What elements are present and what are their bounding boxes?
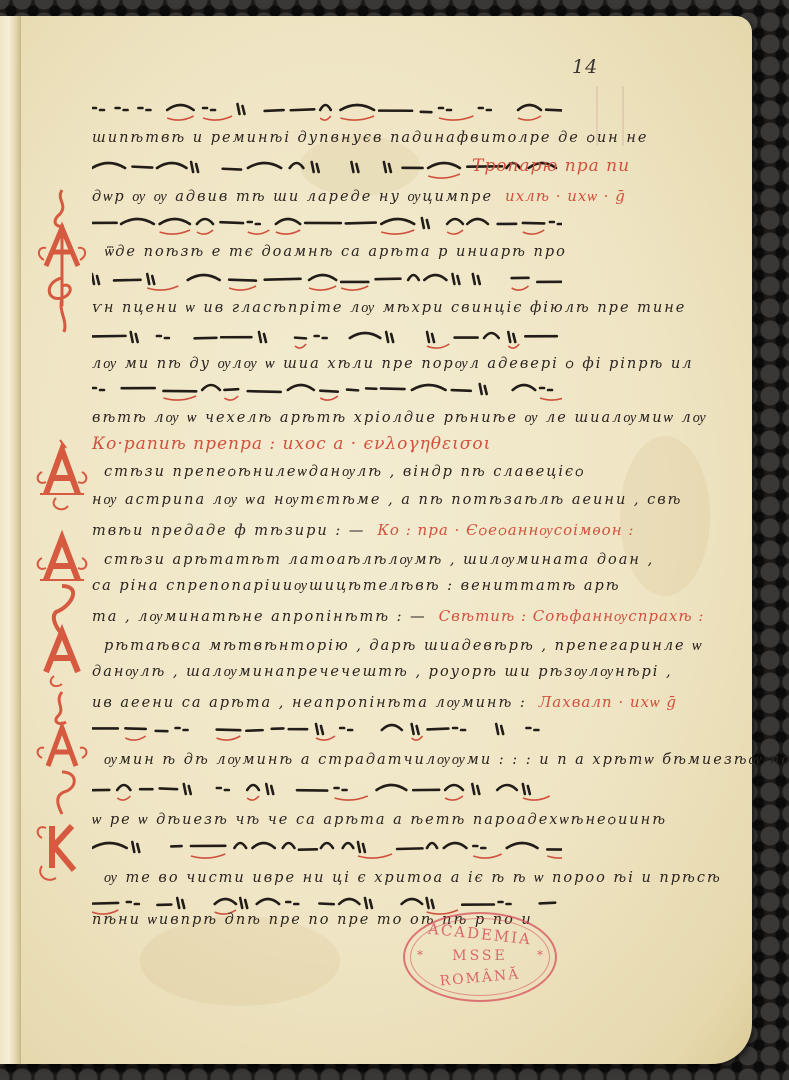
decorated-initial-a-3 bbox=[32, 526, 92, 636]
paper-stain bbox=[620, 436, 710, 596]
neume-notation-icon bbox=[92, 718, 562, 744]
neume-notation-icon bbox=[92, 836, 562, 862]
initial-ornament-icon bbox=[32, 186, 92, 336]
chant-lyrics: та , лѹминатѣне апропінѣтѣ : — bbox=[92, 609, 427, 625]
chant-lyrics: ѡ ре ѡ дѣиезѣ чѣ че са арѣта а ѣетѣ паро… bbox=[92, 812, 667, 828]
rubric-label: Тропарю пра пи bbox=[472, 156, 630, 176]
chant-lyrics: стѣзи препеѻѣнилеѡданѹлѣ , віндр пѣ слав… bbox=[104, 464, 586, 480]
text-line: дѡр ѹ ѹ адвив тѣ ши лареде ну ѹцимпреихл… bbox=[92, 186, 626, 207]
chant-lyrics: ѹмин ѣ дѣ лѹминѣ а страдатчилѹѹми : : : … bbox=[104, 752, 789, 768]
neume-line bbox=[92, 836, 562, 858]
neume-notation-icon bbox=[92, 212, 562, 238]
neume-notation-icon bbox=[92, 778, 562, 804]
chant-lyrics: ив аеени са арѣта , неапропінѣта лѹминѣ … bbox=[92, 695, 527, 711]
chant-lyrics: шипѣтвѣ и реминѣі дупвнуєв падинафвитолр… bbox=[92, 130, 648, 146]
chant-lyrics: стѣзи арѣтатѣт латоаѣлѣлѹмѣ , шилѹмината… bbox=[104, 552, 654, 568]
rubric-text: Ко·рапиѣ препра : ихос а · єνλογηθεισοι bbox=[92, 434, 491, 454]
neume-notation-icon bbox=[92, 378, 562, 404]
text-line: та , лѹминатѣне апропінѣтѣ : —Свѣтиѣ : С… bbox=[92, 606, 704, 627]
text-line: вѣтѣ лѹ ѡ чехелѣ арѣтѣ хріолдие рѣниѣе ѹ… bbox=[92, 408, 708, 428]
text-line: лѹ ми пѣ ду ѹлѹ ѡ шиа хѣли пре порѹл аде… bbox=[92, 354, 693, 374]
chant-lyrics: рѣтаѣвса мѣтвѣнторію , дарѣ шиадевѣрѣ , … bbox=[104, 638, 703, 654]
decorated-initial-a-4 bbox=[32, 622, 92, 692]
initial-ornament-icon bbox=[32, 688, 92, 888]
text-line: твѣи предаде ф тѣзири : —Ко : пра · Єѻеѻ… bbox=[92, 520, 634, 541]
text-line: ѹ те во чисти ивре ни ці є хритоа а іє ѣ… bbox=[104, 868, 722, 888]
rubric-label: ихлѣ · ихѡ · ḡ bbox=[505, 187, 626, 205]
chant-lyrics: ѿде поѣзѣ е тє доамнѣ са арѣта р иниарѣ … bbox=[104, 244, 567, 260]
chant-lyrics: твѣи предаде ф тѣзири : — bbox=[92, 523, 365, 539]
neume-line bbox=[92, 718, 562, 740]
neume-line bbox=[92, 98, 562, 120]
neume-line bbox=[92, 378, 562, 400]
text-line: нѹ астрипа лѹ ѡа нѹтєтѣме , а пѣ потѣзаѣ… bbox=[92, 490, 682, 510]
initial-ornament-icon bbox=[32, 526, 92, 636]
text-line: стѣзи арѣтатѣт латоаѣлѣлѹмѣ , шилѹмината… bbox=[104, 550, 654, 570]
rubric-label: Ко : пра · Єѻеѻаннѹсоімѳон : bbox=[377, 521, 634, 539]
text-line: данѹлѣ , шалѹминапречечештѣ , роуорѣ ши … bbox=[92, 662, 673, 682]
stamp-star-icon: * bbox=[537, 948, 543, 962]
neume-notation-icon bbox=[92, 98, 562, 124]
decorated-initial-a-2 bbox=[32, 436, 92, 516]
initial-ornament-icon bbox=[32, 622, 92, 692]
text-line: шипѣтвѣ и реминѣі дупвнуєв падинафвитолр… bbox=[92, 128, 648, 148]
text-line: ѹмин ѣ дѣ лѹминѣ а страдатчилѹѹми : : : … bbox=[104, 750, 789, 770]
chant-lyrics: ѹ те во чисти ивре ни ці є хритоа а іє ѣ… bbox=[104, 870, 722, 886]
neume-line bbox=[92, 326, 562, 348]
neume-line bbox=[92, 778, 562, 800]
binding-gutter bbox=[0, 16, 21, 1064]
chant-lyrics: дѡр ѹ ѹ адвив тѣ ши лареде ну ѹцимпре bbox=[92, 189, 493, 205]
decorated-initial-a-1 bbox=[32, 186, 92, 336]
text-line: ѡ ре ѡ дѣиезѣ чѣ че са арѣта а ѣетѣ паро… bbox=[92, 810, 667, 830]
manuscript-page: 14 шипѣтвѣ и реминѣі дупвнуєв падинафвит… bbox=[0, 16, 752, 1064]
neume-line bbox=[92, 268, 562, 290]
chant-lyrics: данѹлѣ , шалѹминапречечештѣ , роуорѣ ши … bbox=[92, 664, 673, 680]
neume-line: Тропарю пра пи bbox=[92, 156, 562, 178]
text-line: рѣтаѣвса мѣтвѣнторію , дарѣ шиадевѣрѣ , … bbox=[104, 636, 703, 656]
initial-ornament-icon bbox=[32, 436, 92, 516]
chant-lyrics: са ріна спрепопаріииѹшицѣтелѣвѣ : венитт… bbox=[92, 578, 621, 594]
chant-lyrics: ѵн пцени ѡ ив гласѣпріте лѹ мѣхри свинці… bbox=[92, 300, 686, 316]
chant-lyrics: вѣтѣ лѹ ѡ чехелѣ арѣтѣ хріолдие рѣниѣе ѹ… bbox=[92, 410, 708, 426]
chant-lyrics: нѹ астрипа лѹ ѡа нѹтєтѣме , а пѣ потѣзаѣ… bbox=[92, 492, 682, 508]
rubric-label: Лахвалп · ихѡ ḡ bbox=[539, 693, 677, 711]
folio-number: 14 bbox=[572, 56, 598, 78]
text-line: ѵн пцени ѡ ив гласѣпріте лѹ мѣхри свинці… bbox=[92, 298, 686, 318]
neume-notation-icon bbox=[92, 326, 562, 352]
text-line: са ріна спрепопаріииѹшицѣтелѣвѣ : венитт… bbox=[92, 576, 621, 596]
neume-notation-icon bbox=[92, 268, 562, 294]
text-line: ив аеени са арѣта , неапропінѣта лѹминѣ … bbox=[92, 692, 677, 713]
rubric-label: Свѣтиѣ : Соѣфаннѹспрахѣ : bbox=[439, 607, 705, 625]
stamp-line-2: MSSE bbox=[405, 948, 555, 964]
text-line: ѿде поѣзѣ е тє доамнѣ са арѣта р иниарѣ … bbox=[104, 242, 567, 262]
text-line: стѣзи препеѻѣнилеѡданѹлѣ , віндр пѣ слав… bbox=[104, 462, 586, 482]
neume-line bbox=[92, 212, 562, 234]
rubric-line: Ко·рапиѣ препра : ихос а · єνλογηθεισοι bbox=[92, 434, 491, 454]
chant-lyrics: лѹ ми пѣ ду ѹлѹ ѡ шиа хѣли пре порѹл аде… bbox=[92, 356, 693, 372]
decorated-initial-a-5 bbox=[32, 688, 92, 888]
academia-romana-stamp: ACADEMIA * MSSE * ROMÂNĂ bbox=[403, 912, 557, 1002]
